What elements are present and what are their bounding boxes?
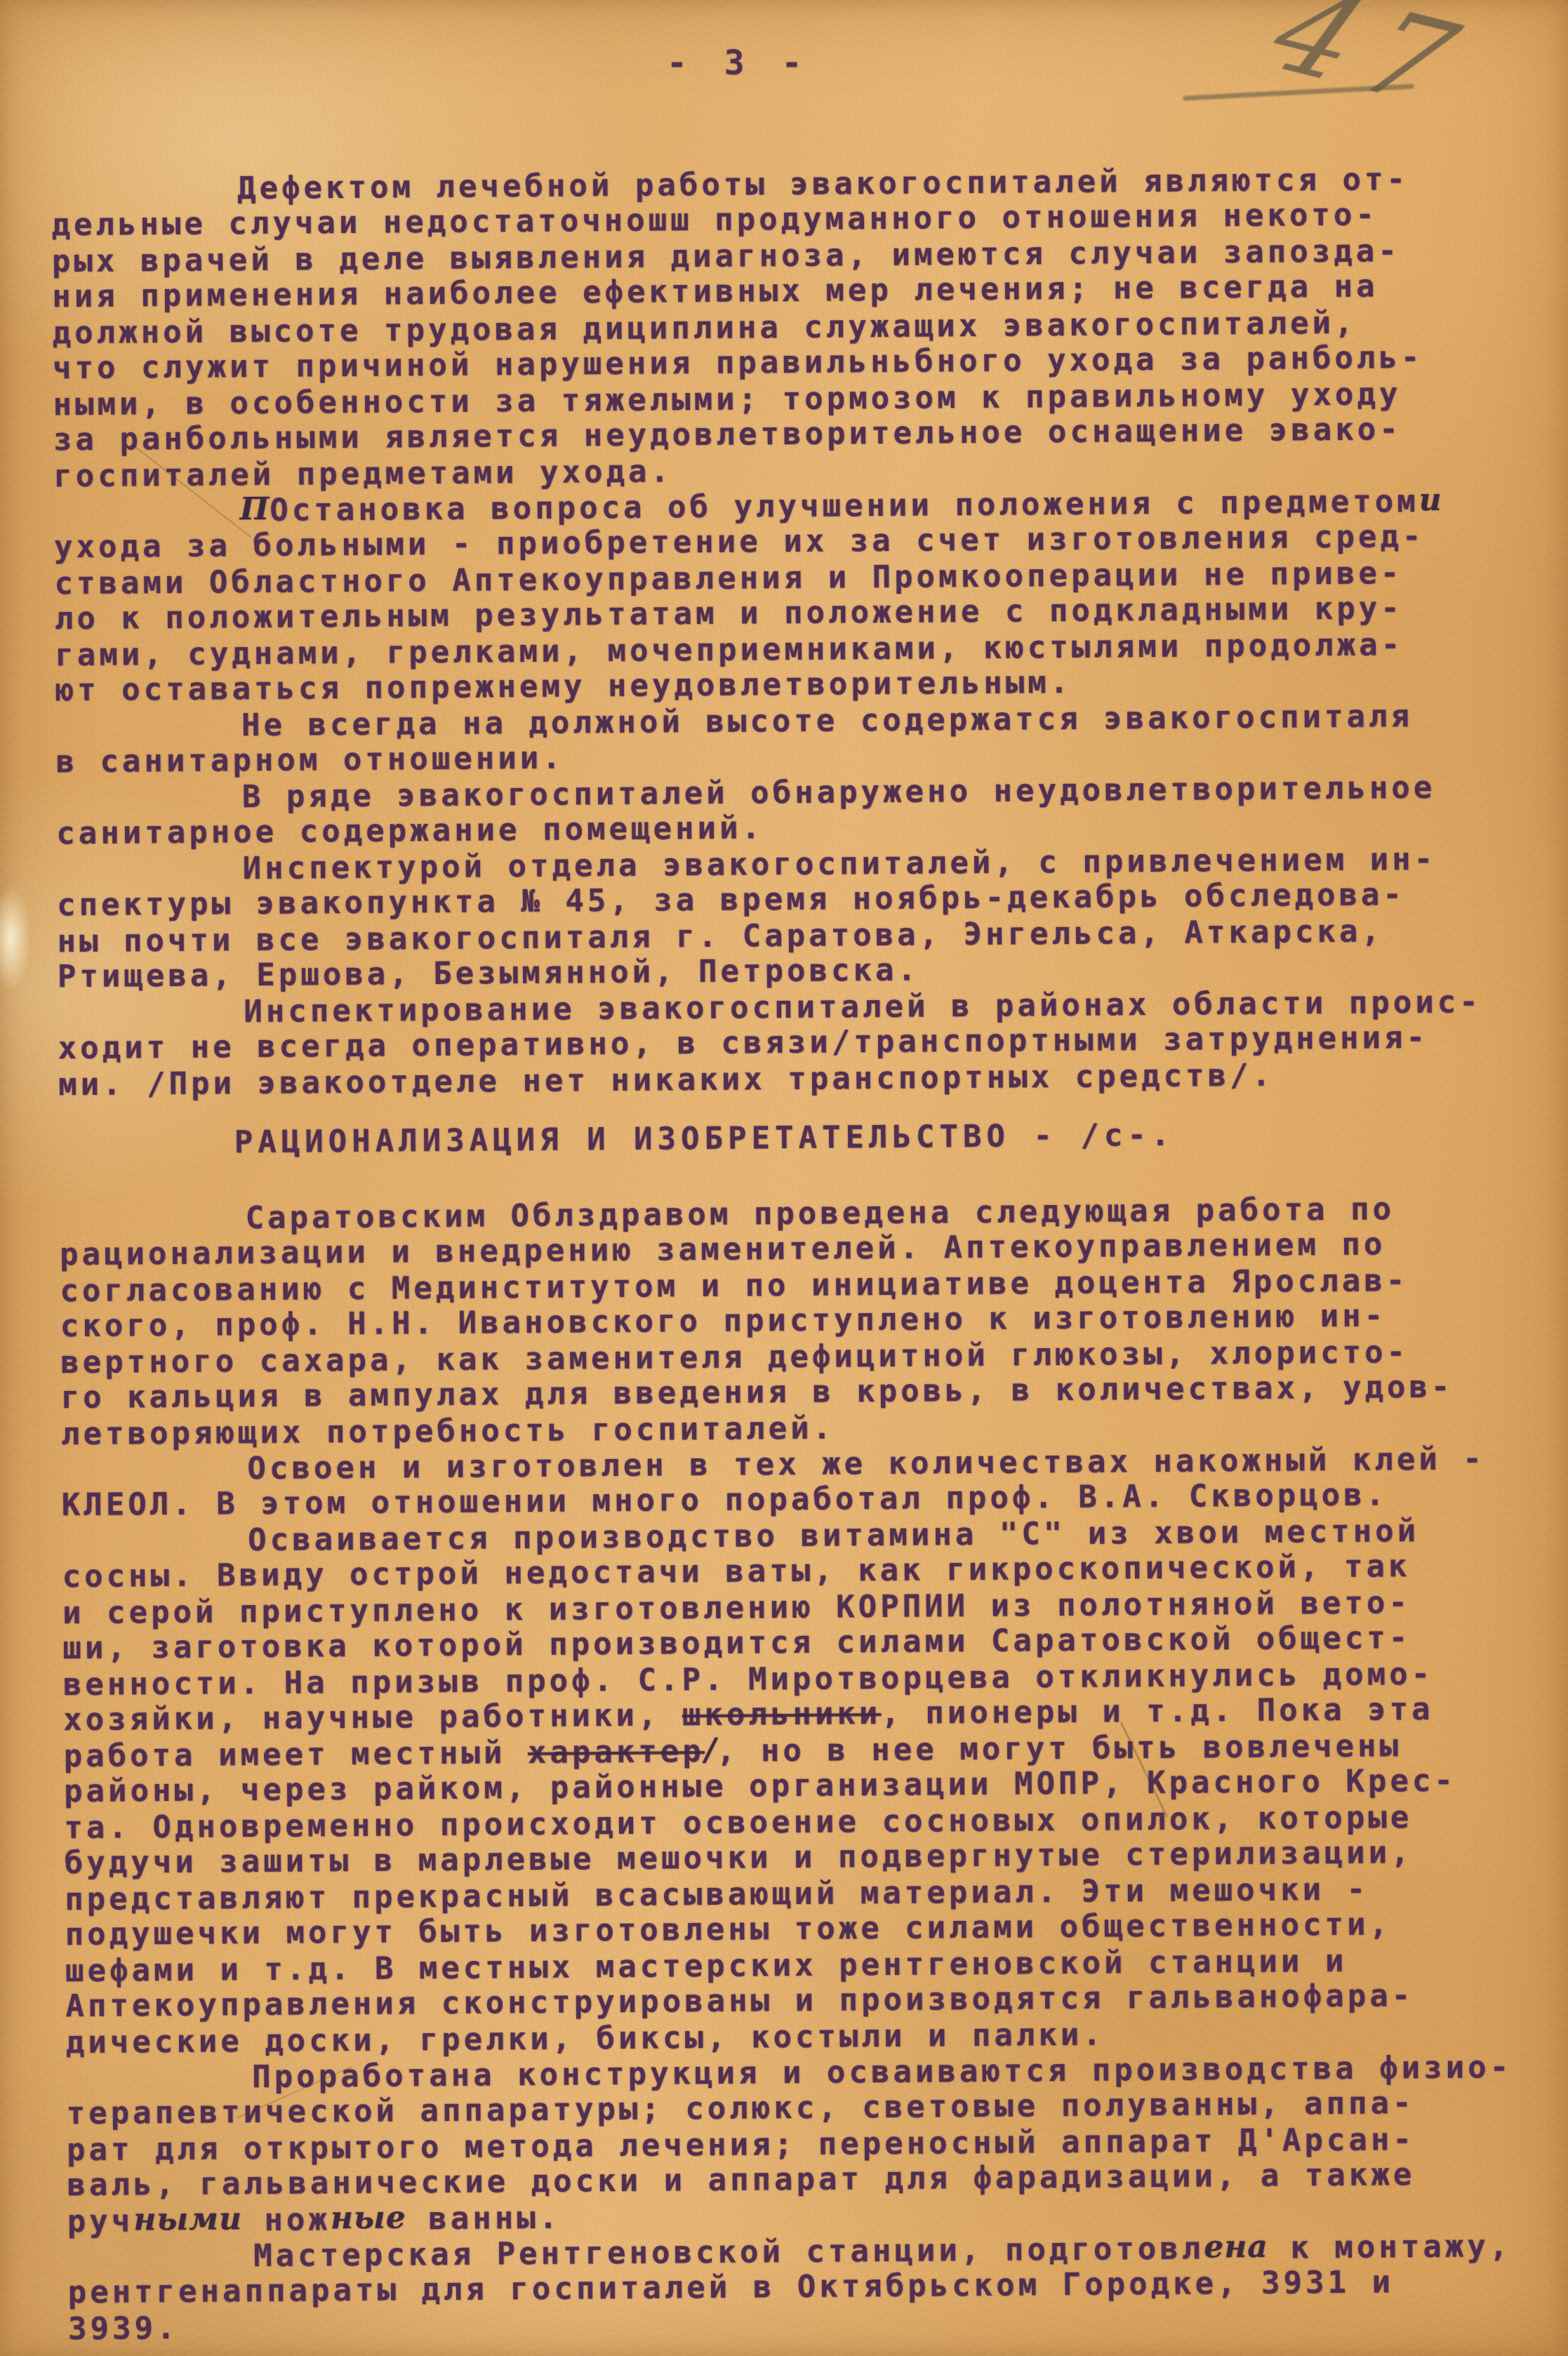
typed-text: руч (67, 2203, 134, 2239)
document-body: Дефектом лечебной работы эвакогоспиталей… (51, 160, 1532, 2346)
struck-text: школьники (682, 1696, 882, 1733)
typed-text: летворяющих потребность госпиталей. (61, 1411, 835, 1453)
handwritten-correction: П (239, 491, 270, 527)
typed-text: нож (242, 2202, 331, 2238)
typed-text: ванны. (406, 2200, 562, 2237)
handwritten-pencil-number: 47 (1251, 0, 1494, 135)
struck-text: характер (528, 1733, 705, 1771)
typed-text: , но в нее могут быть вовлечены (717, 1728, 1402, 1769)
typed-text: к монтажу, (1268, 2228, 1512, 2266)
typed-text: Мастерская Рентгеновской станции, подгот… (253, 2230, 1204, 2274)
handwritten-correction: / (705, 1732, 717, 1768)
handwritten-correction: ена (1204, 2229, 1268, 2265)
typed-text: , пионеры и т.д. Пока эта (881, 1691, 1434, 1731)
handwritten-correction: ными (133, 2201, 242, 2237)
paragraph: Дефектом лечебной работы эвакогоспиталей… (51, 160, 1517, 493)
paper-stain (0, 886, 31, 991)
paragraph: Мастерская Рентгеновской станции, подгот… (67, 2228, 1532, 2346)
paragraph: ПОстановка вопроса об улучшении положени… (53, 482, 1518, 708)
paragraph: Инспектирование эвакогоспиталей в района… (58, 983, 1522, 1102)
handwritten-correction: и (1418, 482, 1442, 518)
section-heading: РАЦИОНАЛИЗАЦИЯ И ИЗОБРЕТАТЕЛЬСТВО - /с-. (234, 1114, 1522, 1160)
paragraph: Инспектурой отдела эвакогоспиталей, с пр… (56, 840, 1521, 994)
handwritten-correction: ные (331, 2199, 406, 2236)
typed-text: в санитарном отношении. (55, 740, 564, 780)
paragraph: Проработана конструкция и осваиваются пр… (66, 2049, 1531, 2239)
paragraph: Саратовским Облздравом проведена следующ… (59, 1190, 1524, 1451)
typed-text: работа имеет местный (63, 1735, 528, 1774)
typed-text: 3939. (68, 2310, 179, 2347)
paragraph: В ряде эвакогоспиталей обнаружено неудов… (56, 768, 1520, 851)
scanned-document-page: - 3 - 47 Дефектом лечебной работы эваког… (0, 0, 1568, 2356)
typed-text: хозяйки, научные работники, (63, 1697, 682, 1738)
typed-text: госпиталей предметами ухода. (53, 453, 672, 494)
typed-text: санитарное содержание помещений. (56, 810, 764, 851)
paragraph: Освоен и изготовлен в тех же количествах… (61, 1440, 1525, 1523)
page-number: - 3 - (667, 44, 811, 83)
paragraph: Осваивается производство витамина "С" из… (62, 1512, 1529, 2060)
paragraph: Не всегда на должной высоте содержатся э… (55, 697, 1520, 780)
